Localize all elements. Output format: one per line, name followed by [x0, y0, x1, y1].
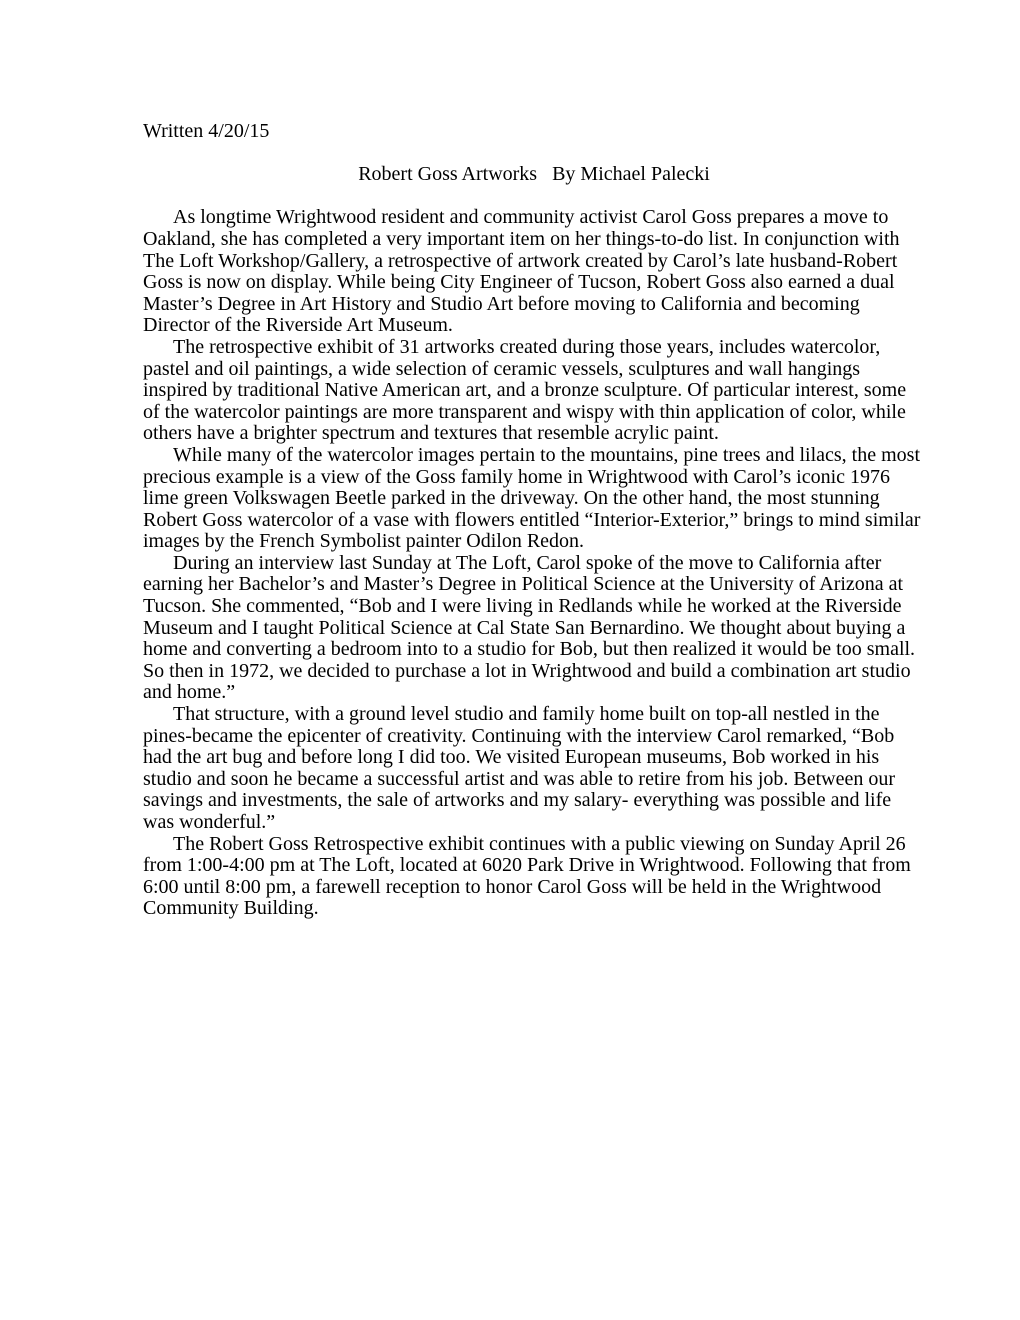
- paragraph-interview: During an interview last Sunday at The L…: [143, 553, 925, 704]
- date-line: Written 4/20/15: [143, 121, 925, 143]
- document-content: Written 4/20/15 Robert Goss Artworks By …: [143, 121, 925, 920]
- paragraph-closing-events: The Robert Goss Retrospective exhibit co…: [143, 834, 925, 920]
- paragraph-studio-home: That structure, with a ground level stud…: [143, 704, 925, 834]
- document-title: Robert Goss Artworks By Michael Palecki: [143, 164, 925, 186]
- document-page: Written 4/20/15 Robert Goss Artworks By …: [0, 0, 1020, 1320]
- paragraph-intro: As longtime Wrightwood resident and comm…: [143, 207, 925, 337]
- paragraph-watercolor-images: While many of the watercolor images pert…: [143, 445, 925, 553]
- paragraph-exhibit-description: The retrospective exhibit of 31 artworks…: [143, 337, 925, 445]
